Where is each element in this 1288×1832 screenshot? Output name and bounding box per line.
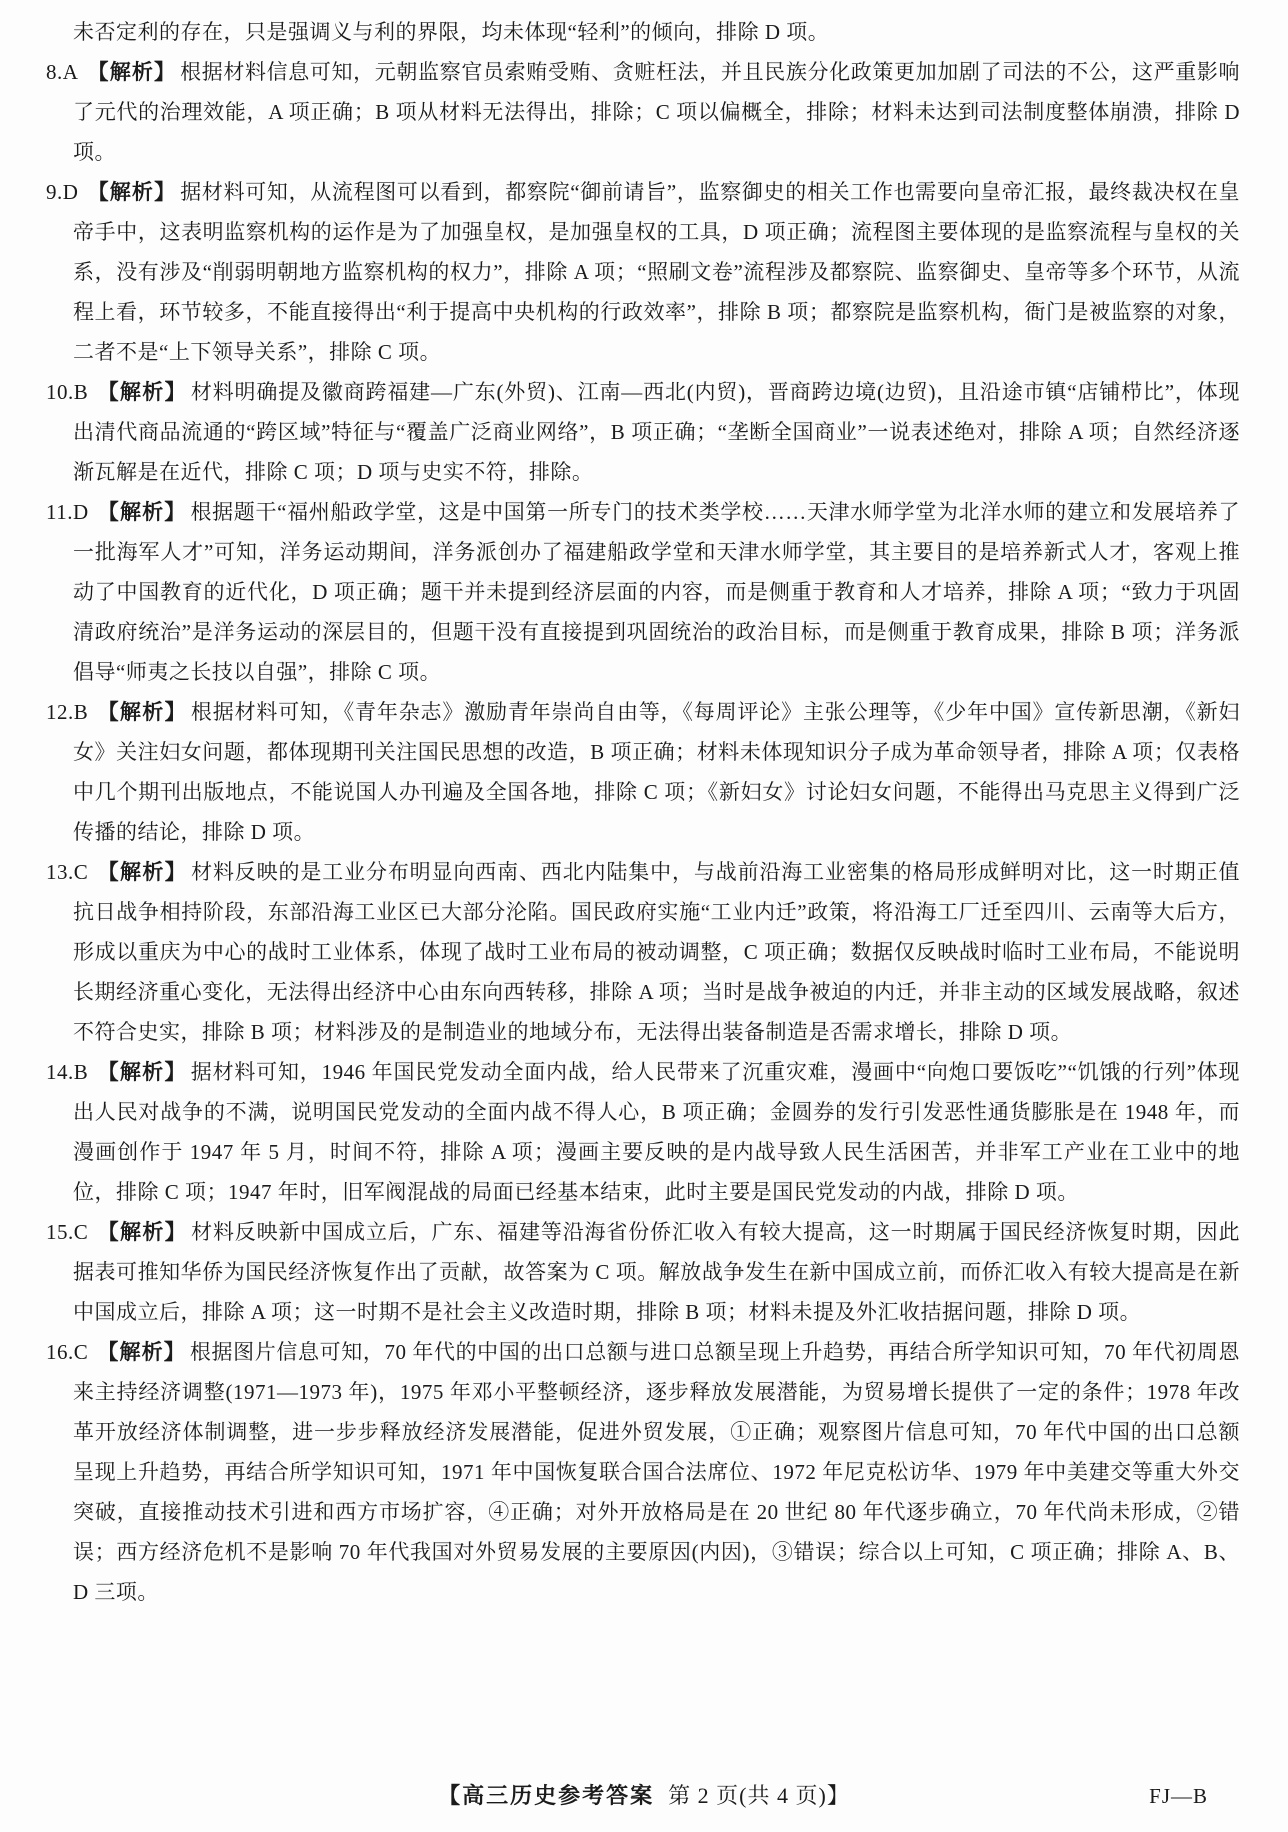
analysis-label: 【解析】 [97, 1340, 186, 1364]
answer-item-10: 10.B【解析】材料明确提及徽商跨福建—广东(外贸)、江南—西北(内贸)，晋商跨… [46, 372, 1240, 492]
answer-item-9: 9.D【解析】据材料可知，从流程图可以看到，都察院“御前请旨”，监察御史的相关工… [46, 172, 1240, 372]
analysis-text: 根据材料可知，《青年杂志》激励青年崇尚自由等，《每周评论》主张公理等，《少年中国… [73, 700, 1240, 844]
analysis-label: 【解析】 [97, 380, 187, 404]
analysis-label: 【解析】 [97, 1220, 187, 1244]
answer-item-13: 13.C【解析】材料反映的是工业分布明显向西南、西北内陆集中，与战前沿海工业密集… [46, 852, 1240, 1052]
question-answer-number: 13.C [46, 860, 88, 884]
analysis-text: 根据题干“福州船政学堂，这是中国第一所专门的技术类学校……天津水师学堂为北洋水师… [73, 500, 1240, 684]
answer-item-11: 11.D【解析】根据题干“福州船政学堂，这是中国第一所专门的技术类学校……天津水… [46, 492, 1240, 692]
analysis-label: 【解析】 [87, 180, 176, 204]
answer-item-8: 8.A【解析】根据材料信息可知，元朝监察官员索贿受贿、贪赃枉法，并且民族分化政策… [46, 52, 1240, 172]
paper-code: FJ—B [1149, 1780, 1208, 1812]
analysis-text: 材料明确提及徽商跨福建—广东(外贸)、江南—西北(内贸)，晋商跨边境(边贸)，且… [73, 380, 1240, 484]
question-answer-number: 12.B [46, 700, 88, 724]
answers-content: 未否定利的存在，只是强调义与利的界限，均未体现“轻利”的倾向，排除 D 项。 8… [0, 0, 1288, 1612]
analysis-text: 根据图片信息可知，70 年代的中国的出口总额与进口总额呈现上升趋势，再结合所学知… [73, 1340, 1240, 1604]
document-page: 未否定利的存在，只是强调义与利的界限，均未体现“轻利”的倾向，排除 D 项。 8… [0, 0, 1288, 1832]
question-answer-number: 8.A [46, 60, 78, 84]
analysis-text: 据材料可知，1946 年国民党发动全面内战，给人民带来了沉重灾难，漫画中“向炮口… [73, 1060, 1240, 1204]
footer-title: 【高三历史参考答案 [438, 1783, 654, 1808]
question-answer-number: 14.B [46, 1060, 88, 1084]
answer-item-15: 15.C【解析】材料反映新中国成立后，广东、福建等沿海省份侨汇收入有较大提高，这… [46, 1212, 1240, 1332]
question-answer-number: 15.C [46, 1220, 88, 1244]
analysis-text: 根据材料信息可知，元朝监察官员索贿受贿、贪赃枉法，并且民族分化政策更加加剧了司法… [73, 60, 1240, 164]
analysis-text: 据材料可知，从流程图可以看到，都察院“御前请旨”，监察御史的相关工作也需要向皇帝… [73, 180, 1240, 364]
analysis-label: 【解析】 [98, 500, 187, 524]
answer-item-12: 12.B【解析】根据材料可知，《青年杂志》激励青年崇尚自由等，《每周评论》主张公… [46, 692, 1240, 852]
question-answer-number: 10.B [46, 380, 88, 404]
answer-item-16: 16.C【解析】根据图片信息可知，70 年代的中国的出口总额与进口总额呈现上升趋… [46, 1332, 1240, 1612]
continuation-text: 未否定利的存在，只是强调义与利的界限，均未体现“轻利”的倾向，排除 D 项。 [46, 12, 1240, 52]
analysis-text: 材料反映新中国成立后，广东、福建等沿海省份侨汇收入有较大提高，这一时期属于国民经… [73, 1220, 1240, 1324]
question-answer-number: 9.D [46, 180, 78, 204]
analysis-label: 【解析】 [97, 860, 187, 884]
footer-caption: 【高三历史参考答案第 2 页(共 4 页)】 [0, 1780, 1288, 1812]
answer-item-14: 14.B【解析】据材料可知，1946 年国民党发动全面内战，给人民带来了沉重灾难… [46, 1052, 1240, 1212]
page-footer: 【高三历史参考答案第 2 页(共 4 页)】 FJ—B [0, 1780, 1288, 1812]
question-answer-number: 16.C [46, 1340, 88, 1364]
footer-page-number: 第 2 页(共 4 页)】 [668, 1783, 850, 1808]
analysis-label: 【解析】 [97, 1060, 187, 1084]
analysis-text: 材料反映的是工业分布明显向西南、西北内陆集中，与战前沿海工业密集的格局形成鲜明对… [73, 860, 1240, 1044]
question-answer-number: 11.D [46, 500, 89, 524]
analysis-label: 【解析】 [97, 700, 187, 724]
analysis-label: 【解析】 [87, 60, 176, 84]
